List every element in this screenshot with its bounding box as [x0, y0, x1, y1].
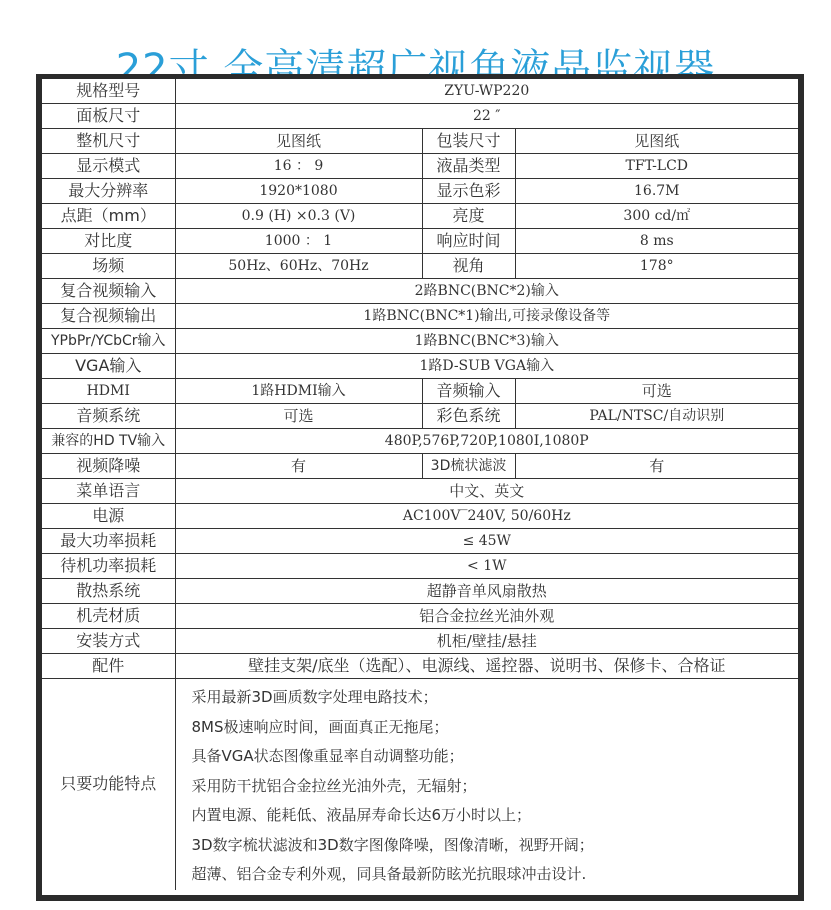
label-brightness: 亮度 — [422, 204, 515, 229]
table-row-panel: 面板尺寸 22 ″ — [42, 104, 798, 129]
value-refresh: 50Hz、60Hz、70Hz — [175, 254, 422, 279]
table-row-accessories: 配件 壁挂支架/底坐（选配）、电源线、遥控器、说明书、保修卡、合格证 — [42, 654, 798, 679]
label-comb-filter: 3D梳状滤波 — [422, 454, 515, 479]
value-vga: 1路D-SUB VGA输入 — [175, 354, 798, 379]
label-accessories: 配件 — [42, 654, 175, 679]
label-hdtv: 兼容的HD TV输入 — [42, 429, 175, 454]
value-size: 见图纸 — [175, 129, 422, 154]
label-menu-language: 菜单语言 — [42, 479, 175, 504]
value-menu-language: 中文、英文 — [175, 479, 798, 504]
table-row-max-power: 最大功率损耗 ≤ 45W — [42, 529, 798, 554]
value-panel: 22 ″ — [175, 104, 798, 129]
label-ypbpr: YPbPr/YCbCr输入 — [42, 329, 175, 354]
label-standby-power: 待机功率损耗 — [42, 554, 175, 579]
label-audio-system: 音频系统 — [42, 404, 175, 429]
value-comb-filter: 有 — [515, 454, 798, 479]
label-hdmi: HDMI — [42, 379, 175, 404]
table-row-housing: 机壳材质 铝合金拉丝光油外观 — [42, 604, 798, 629]
label-display-mode: 显示模式 — [42, 154, 175, 179]
feature-item: 超薄、铝合金专利外观，同具备最新防眩光抗眼球冲击设计. — [192, 860, 799, 890]
features-list: 采用最新3D画质数字处理电路技术； 8MS极速响应时间，画面真正无拖尾； 具备V… — [175, 679, 798, 890]
value-lcd-type: TFT-LCD — [515, 154, 798, 179]
feature-item: 8MS极速响应时间，画面真正无拖尾； — [192, 713, 799, 743]
table-row-standby: 待机功率损耗 < 1W — [42, 554, 798, 579]
value-brightness: 300 cd/㎡ — [515, 204, 798, 229]
value-viewing-angle: 178° — [515, 254, 798, 279]
value-noise-reduction: 有 — [175, 454, 422, 479]
label-package-size: 包装尺寸 — [422, 129, 515, 154]
label-refresh: 场频 — [42, 254, 175, 279]
value-contrast: 1000 ： 1 — [175, 229, 422, 254]
table-row-noise: 视频降噪 有 3D梳状滤波 有 — [42, 454, 798, 479]
label-lcd-type: 液晶类型 — [422, 154, 515, 179]
table-row-menu-language: 菜单语言 中文、英文 — [42, 479, 798, 504]
table-row-ypbpr: YPbPr/YCbCr输入 1路BNC(BNC*3)输入 — [42, 329, 798, 354]
table-row-contrast: 对比度 1000 ： 1 响应时间 8 ms — [42, 229, 798, 254]
label-cooling: 散热系统 — [42, 579, 175, 604]
label-cvbs-in: 复合视频输入 — [42, 279, 175, 304]
label-cvbs-out: 复合视频输出 — [42, 304, 175, 329]
value-accessories: 壁挂支架/底坐（选配）、电源线、遥控器、说明书、保修卡、合格证 — [175, 654, 798, 679]
label-vga: VGA输入 — [42, 354, 175, 379]
feature-item: 具备VGA状态图像重显率自动调整功能； — [192, 742, 799, 772]
value-cooling: 超静音单风扇散热 — [175, 579, 798, 604]
label-color-system: 彩色系统 — [422, 404, 515, 429]
label-pitch: 点距（mm） — [42, 204, 175, 229]
feature-item: 采用防干扰铝合金拉丝光油外壳，无辐射； — [192, 772, 799, 802]
value-package-size: 见图纸 — [515, 129, 798, 154]
value-cvbs-out: 1路BNC(BNC*1)输出,可接录像设备等 — [175, 304, 798, 329]
table-row-size: 整机尺寸 见图纸 包装尺寸 见图纸 — [42, 129, 798, 154]
label-response-time: 响应时间 — [422, 229, 515, 254]
value-resolution: 1920*1080 — [175, 179, 422, 204]
value-audio-system: 可选 — [175, 404, 422, 429]
label-panel: 面板尺寸 — [42, 104, 175, 129]
table-row-pitch: 点距（mm） 0.9 (H) ×0.3 (V) 亮度 300 cd/㎡ — [42, 204, 798, 229]
label-max-power: 最大功率损耗 — [42, 529, 175, 554]
value-display-mode: 16 ： 9 — [175, 154, 422, 179]
table-row-audio: 音频系统 可选 彩色系统 PAL/NTSC/自动识别 — [42, 404, 798, 429]
value-pitch: 0.9 (H) ×0.3 (V) — [175, 204, 422, 229]
table-row-power: 电源 AC100V‾240V, 50/60Hz — [42, 504, 798, 529]
spec-table: 规格型号 ZYU-WP220 面板尺寸 22 ″ 整机尺寸 见图纸 包装尺寸 见… — [42, 79, 798, 890]
table-row-hdtv: 兼容的HD TV输入 480P,576P,720P,1080I,1080P — [42, 429, 798, 454]
table-row-cooling: 散热系统 超静音单风扇散热 — [42, 579, 798, 604]
value-max-power: ≤ 45W — [175, 529, 798, 554]
table-row-cvbs-out: 复合视频输出 1路BNC(BNC*1)输出,可接录像设备等 — [42, 304, 798, 329]
value-ypbpr: 1路BNC(BNC*3)输入 — [175, 329, 798, 354]
value-model: ZYU-WP220 — [175, 79, 798, 104]
feature-item: 内置电源、能耗低、液晶屏寿命长达6万小时以上； — [192, 801, 799, 831]
value-housing: 铝合金拉丝光油外观 — [175, 604, 798, 629]
value-audio-input: 可选 — [515, 379, 798, 404]
table-row-mounting: 安装方式 机柜/壁挂/悬挂 — [42, 629, 798, 654]
feature-item: 3D数字梳状滤波和3D数字图像降噪，图像清晰，视野开阔； — [192, 831, 799, 861]
label-power: 电源 — [42, 504, 175, 529]
value-response-time: 8 ms — [515, 229, 798, 254]
label-features: 只要功能特点 — [42, 679, 175, 890]
table-row-refresh: 场频 50Hz、60Hz、70Hz 视角 178° — [42, 254, 798, 279]
label-audio-input: 音频输入 — [422, 379, 515, 404]
label-housing: 机壳材质 — [42, 604, 175, 629]
value-hdmi: 1路HDMI输入 — [175, 379, 422, 404]
table-row-features: 只要功能特点 采用最新3D画质数字处理电路技术； 8MS极速响应时间，画面真正无… — [42, 679, 798, 890]
table-row-hdmi: HDMI 1路HDMI输入 音频输入 可选 — [42, 379, 798, 404]
spec-table-frame: 规格型号 ZYU-WP220 面板尺寸 22 ″ 整机尺寸 见图纸 包装尺寸 见… — [36, 74, 804, 901]
value-color-system: PAL/NTSC/自动识别 — [515, 404, 798, 429]
table-row-vga: VGA输入 1路D-SUB VGA输入 — [42, 354, 798, 379]
table-row-display-mode: 显示模式 16 ： 9 液晶类型 TFT-LCD — [42, 154, 798, 179]
value-colors: 16.7M — [515, 179, 798, 204]
value-hdtv: 480P,576P,720P,1080I,1080P — [175, 429, 798, 454]
value-standby-power: < 1W — [175, 554, 798, 579]
label-noise-reduction: 视频降噪 — [42, 454, 175, 479]
label-colors: 显示色彩 — [422, 179, 515, 204]
value-mounting: 机柜/壁挂/悬挂 — [175, 629, 798, 654]
label-model: 规格型号 — [42, 79, 175, 104]
label-resolution: 最大分辨率 — [42, 179, 175, 204]
feature-item: 采用最新3D画质数字处理电路技术； — [192, 683, 799, 713]
table-row-model: 规格型号 ZYU-WP220 — [42, 79, 798, 104]
label-viewing-angle: 视角 — [422, 254, 515, 279]
value-power: AC100V‾240V, 50/60Hz — [175, 504, 798, 529]
table-row-cvbs-in: 复合视频输入 2路BNC(BNC*2)输入 — [42, 279, 798, 304]
label-size: 整机尺寸 — [42, 129, 175, 154]
label-mounting: 安装方式 — [42, 629, 175, 654]
label-contrast: 对比度 — [42, 229, 175, 254]
table-row-resolution: 最大分辨率 1920*1080 显示色彩 16.7M — [42, 179, 798, 204]
value-cvbs-in: 2路BNC(BNC*2)输入 — [175, 279, 798, 304]
